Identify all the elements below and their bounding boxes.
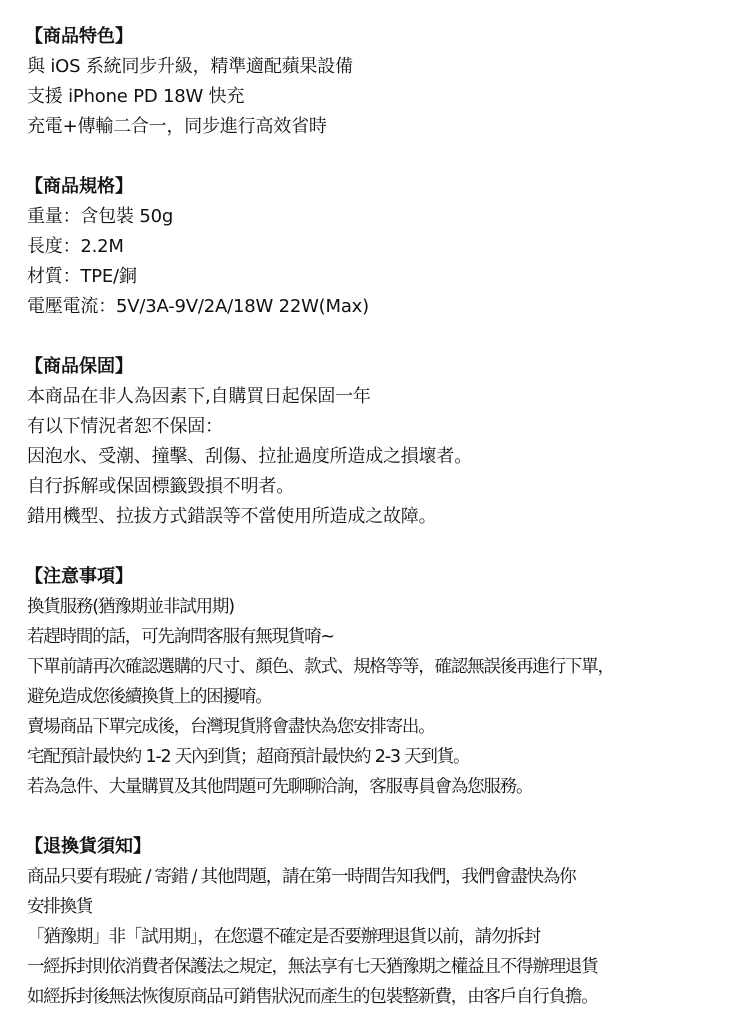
text-line: 一經拆封則依消費者保護法之規定，無法享有七天猶豫期之權益且不得辦理退貨 [27, 952, 750, 982]
text-line: 本商品在非人為因素下,自購買日起保固一年 [27, 382, 750, 412]
text-line: 如經拆封後無法恢復原商品可銷售狀況而產生的包裝整新費，由客戶自行負擔。 [27, 982, 750, 1012]
text-line: 因泡水、受潮、撞擊、刮傷、拉扯過度所造成之損壞者。 [27, 442, 750, 472]
text-line: 若為急件、大量購買及其他問題可先聊聊洽詢，客服專員會為您服務。 [27, 772, 750, 802]
text-line: 長度：2.2M [27, 232, 750, 262]
section-heading: 【商品特色】 [25, 22, 750, 52]
section-warranty: 【商品保固】 本商品在非人為因素下,自購買日起保固一年 有以下情況者恕不保固： … [27, 352, 750, 532]
section-returns: 【退換貨須知】 商品只要有瑕疵 / 寄錯 / 其他問題，請在第一時間告知我們，我… [27, 832, 750, 1012]
text-line: 充電+傳輸二合一，同步進行高效省時 [27, 112, 750, 142]
text-line: 材質：TPE/銅 [27, 262, 750, 292]
text-line: 「猶豫期」非「試用期」，在您還不確定是否要辦理退貨以前，請勿拆封 [27, 922, 750, 952]
text-line: 換貨服務(猶豫期並非試用期) [27, 592, 750, 622]
text-line: 宅配預計最快約 1-2 天內到貨；超商預計最快約 2-3 天到貨。 [27, 742, 750, 772]
text-line: 錯用機型、拉拔方式錯誤等不當使用所造成之故障。 [27, 502, 750, 532]
text-line: 電壓電流：5V/3A-9V/2A/18W 22W(Max) [27, 292, 750, 322]
section-heading: 【商品規格】 [25, 172, 750, 202]
section-heading: 【商品保固】 [25, 352, 750, 382]
section-heading: 【退換貨須知】 [25, 832, 750, 862]
section-specs: 【商品規格】 重量：含包裝 50g 長度：2.2M 材質：TPE/銅 電壓電流：… [27, 172, 750, 322]
text-line: 與 iOS 系統同步升級，精準適配蘋果設備 [27, 52, 750, 82]
text-line: 重量：含包裝 50g [27, 202, 750, 232]
text-line: 支援 iPhone PD 18W 快充 [27, 82, 750, 112]
text-line: 若趕時間的話，可先詢問客服有無現貨唷~ [27, 622, 750, 652]
text-line: 避免造成您後續換貨上的困擾唷。 [27, 682, 750, 712]
text-line: 有以下情況者恕不保固： [27, 412, 750, 442]
text-line: 賣場商品下單完成後，台灣現貨將會盡快為您安排寄出。 [27, 712, 750, 742]
section-notes: 【注意事項】 換貨服務(猶豫期並非試用期) 若趕時間的話，可先詢問客服有無現貨唷… [27, 562, 750, 802]
section-heading: 【注意事項】 [25, 562, 750, 592]
product-description: 【商品特色】 與 iOS 系統同步升級，精準適配蘋果設備 支援 iPhone P… [0, 0, 750, 1012]
section-features: 【商品特色】 與 iOS 系統同步升級，精準適配蘋果設備 支援 iPhone P… [27, 22, 750, 142]
text-line: 自行拆解或保固標籤毀損不明者。 [27, 472, 750, 502]
text-line: 商品只要有瑕疵 / 寄錯 / 其他問題，請在第一時間告知我們，我們會盡快為你 [27, 862, 750, 892]
text-line: 下單前請再次確認選購的尺寸、顏色、款式、規格等等，確認無誤後再進行下單， [27, 652, 750, 682]
text-line: 安排換貨 [27, 892, 750, 922]
